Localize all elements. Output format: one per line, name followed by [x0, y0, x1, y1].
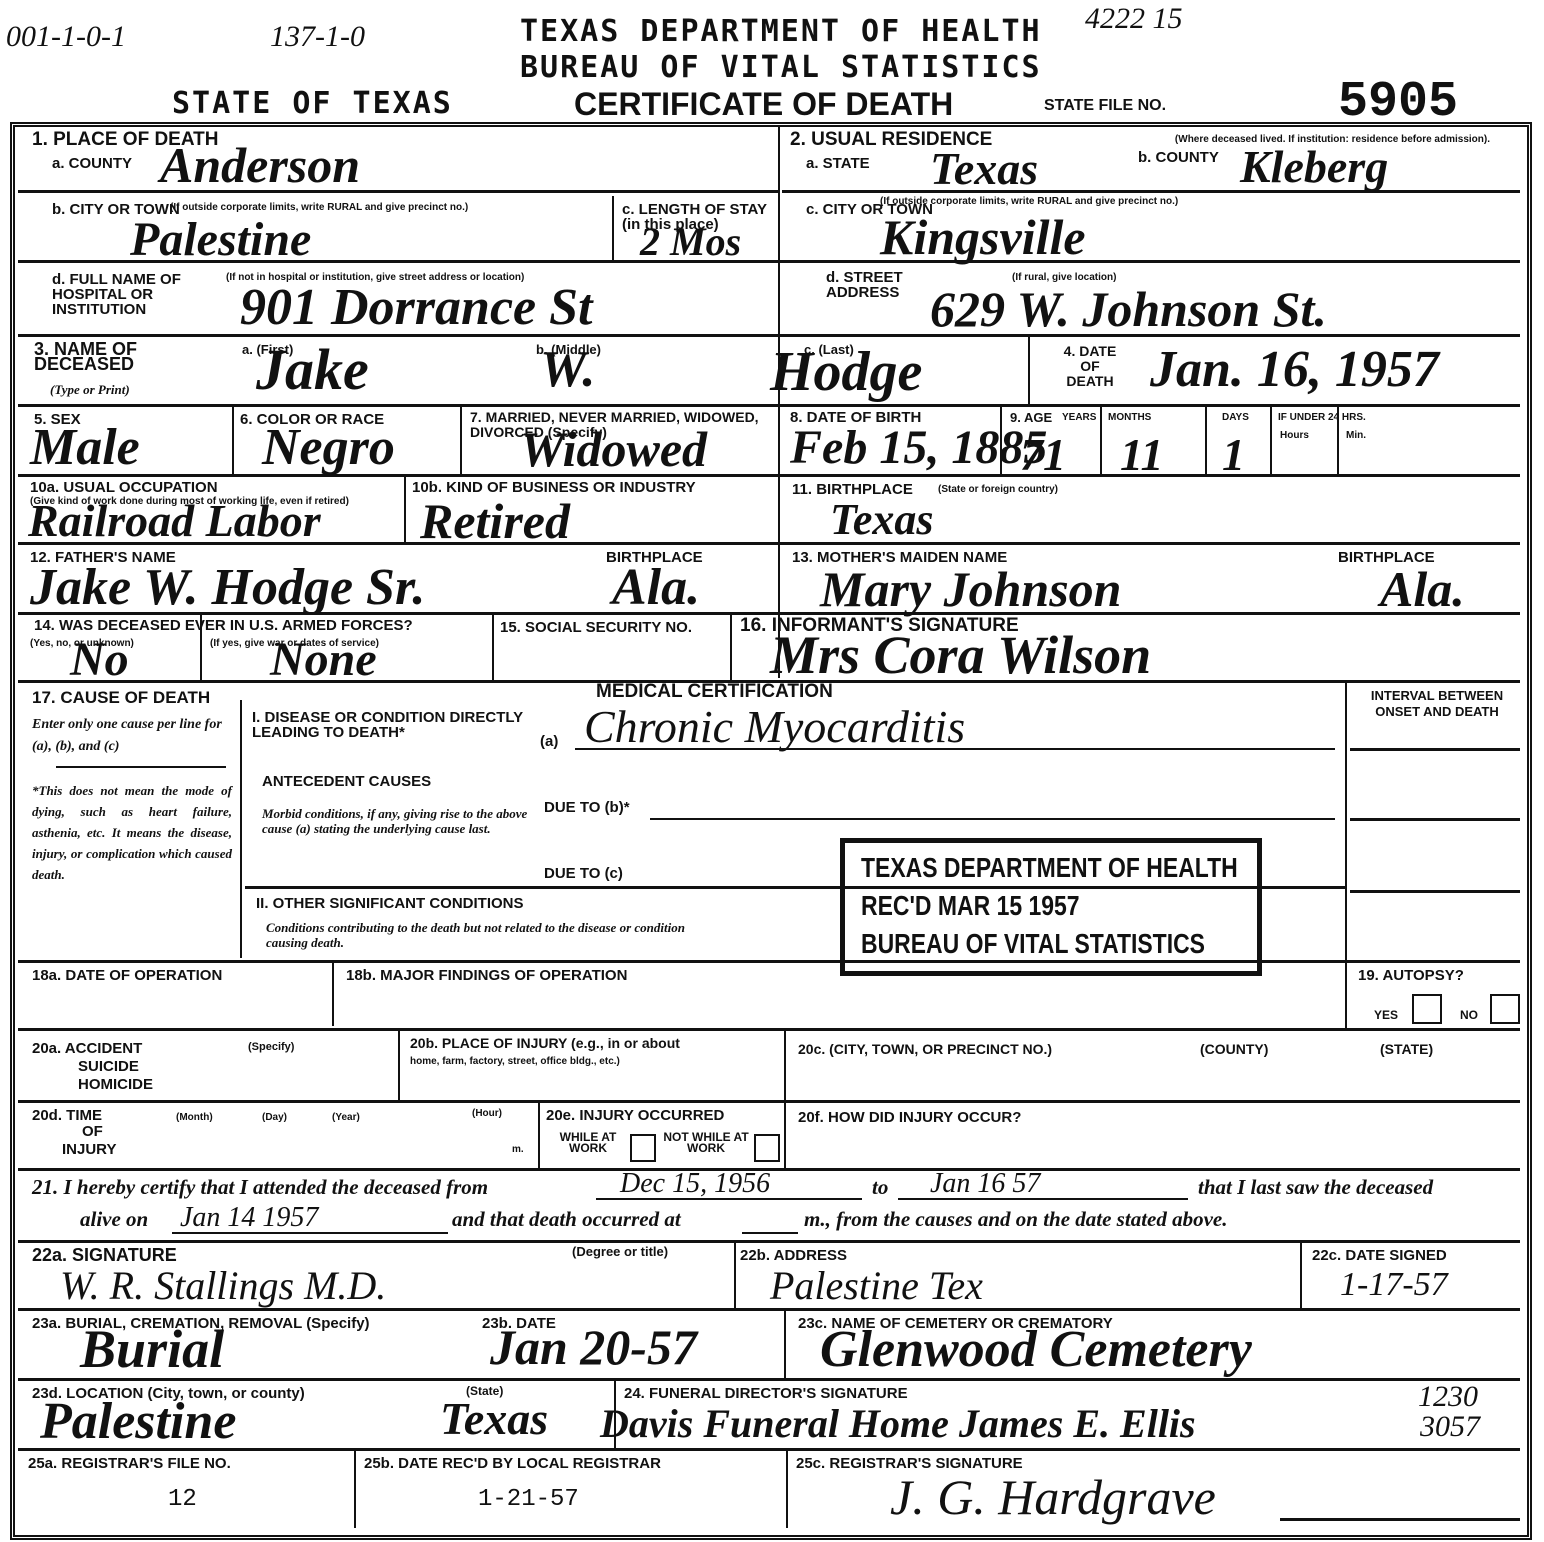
armed-forces-label: 14. WAS DECEASED EVER IN U.S. ARMED FORC…: [34, 618, 413, 633]
divider: [538, 1102, 540, 1168]
antecedent-label: ANTECEDENT CAUSES: [262, 774, 431, 789]
registrar-file-label: 25a. REGISTRAR'S FILE NO.: [28, 1456, 231, 1471]
name-of-deceased-label: 3. NAME OF DECEASED: [34, 342, 194, 372]
burial-date-value[interactable]: Jan 20-57: [490, 1318, 697, 1376]
while-at-work-label: WHILE AT WORK: [550, 1132, 626, 1154]
divider: [730, 614, 732, 680]
stamp-line-2: REC'D MAR 15 1957: [861, 887, 1173, 925]
injury-county-label: (COUNTY): [1200, 1042, 1268, 1057]
divider: [1270, 406, 1272, 474]
age-months-label: MONTHS: [1108, 412, 1151, 423]
cause-a-marker: (a): [540, 734, 558, 749]
rule: [1350, 890, 1520, 893]
to-word: to: [872, 1180, 888, 1195]
time-of-injury-label-2: OF: [82, 1124, 103, 1139]
hospital-value[interactable]: 901 Dorrance St: [240, 278, 592, 337]
funeral-director-label: 24. FUNERAL DIRECTOR'S SIGNATURE: [624, 1386, 908, 1401]
divider: [786, 1450, 788, 1528]
corner-code-3: 4222 15: [1085, 2, 1183, 36]
injury-type-label: 20a. ACCIDENT SUICIDE HOMICIDE: [32, 1040, 153, 1094]
rule: [18, 1028, 1520, 1031]
mother-birthplace-value[interactable]: Ala.: [1380, 560, 1465, 618]
cause-footnote: *This does not mean the mode of dying, s…: [32, 780, 232, 885]
cause-instructions: Enter only one cause per line for (a), (…: [32, 714, 232, 758]
divider: [232, 406, 234, 474]
armed-service-value[interactable]: None: [270, 632, 377, 687]
residence-city-value[interactable]: Kingsville: [880, 208, 1086, 266]
middle-name-value[interactable]: W.: [540, 340, 595, 399]
place-of-injury-label: 20b. PLACE OF INJURY (e.g., in or about: [410, 1036, 680, 1051]
age-years-label: YEARS: [1062, 412, 1096, 423]
marital-status-value[interactable]: Widowed: [520, 420, 707, 478]
autopsy-yes-checkbox[interactable]: [1412, 994, 1442, 1024]
rule: [1280, 1518, 1520, 1521]
certificate-title: CERTIFICATE OF DEATH: [574, 86, 953, 123]
divider: [1100, 406, 1102, 474]
alive-on-value[interactable]: Jan 14 1957: [180, 1202, 318, 1234]
alive-on-word: alive on: [80, 1212, 148, 1227]
rule: [18, 1240, 1520, 1243]
cause-a-value[interactable]: Chronic Myocarditis: [584, 700, 965, 753]
street-value[interactable]: 629 W. Johnson St.: [930, 280, 1327, 338]
cause-of-death-label: 17. CAUSE OF DEATH: [32, 690, 210, 705]
rule: [18, 474, 1520, 477]
signature-label: 22a. SIGNATURE: [32, 1248, 177, 1263]
divider: [1205, 406, 1207, 474]
other-conditions-note: Conditions contributing to the death but…: [266, 920, 686, 950]
autopsy-label: 19. AUTOPSY?: [1358, 968, 1464, 983]
rule: [18, 1100, 1520, 1103]
cemetery-value[interactable]: Glenwood Cemetery: [820, 1320, 1252, 1379]
medical-cert-title: MEDICAL CERTIFICATION: [596, 684, 833, 699]
injury-type-specify: (Specify): [248, 1042, 294, 1053]
registrar-file-value[interactable]: 12: [168, 1486, 197, 1513]
injury-state-label: (STATE): [1380, 1042, 1433, 1057]
divider: [404, 476, 406, 542]
stamp-line-1: TEXAS DEPARTMENT OF HEALTH: [861, 849, 1173, 887]
length-of-stay-value[interactable]: 2 Mos: [640, 218, 741, 265]
residence-state-value[interactable]: Texas: [930, 142, 1038, 195]
residence-county-label: b. COUNTY: [1138, 150, 1219, 165]
rule: [1350, 748, 1520, 751]
divider: [56, 766, 226, 768]
county-label: a. COUNTY: [52, 156, 132, 171]
date-of-death-label: 4. DATE OF DEATH: [1060, 344, 1120, 389]
business-value[interactable]: Retired: [420, 492, 570, 550]
corner-code-2: 137-1-0: [270, 20, 365, 54]
cause-b-line: [650, 818, 1335, 820]
ssn-label: 15. SOCIAL SECURITY NO.: [500, 620, 692, 635]
due-to-b-label: DUE TO (b)*: [544, 800, 630, 815]
time-of-injury-label-1: 20d. TIME: [32, 1108, 102, 1123]
age-months-value[interactable]: 11: [1120, 428, 1163, 481]
date-of-birth-value[interactable]: Feb 15, 1885: [790, 420, 1047, 475]
race-value[interactable]: Negro: [262, 418, 395, 477]
divider: [1345, 682, 1347, 1028]
operation-date-label: 18a. DATE OF OPERATION: [32, 968, 222, 983]
occupation-label: 10a. USUAL OCCUPATION: [30, 480, 218, 495]
death-time-line: [742, 1232, 798, 1234]
injury-day-label: (Day): [262, 1112, 287, 1123]
injury-type-line-1: 20a. ACCIDENT: [32, 1040, 153, 1058]
last-name-value[interactable]: Hodge: [770, 340, 922, 404]
address-label: 22b. ADDRESS: [740, 1248, 847, 1263]
birthplace-note: (State or foreign country): [938, 484, 1058, 495]
rule: [18, 190, 778, 193]
rule: [1350, 818, 1520, 821]
father-birthplace-value[interactable]: Ala.: [612, 558, 700, 617]
attended-from-value[interactable]: Dec 15, 1956: [620, 1168, 770, 1200]
attended-to-value[interactable]: Jan 16 57: [930, 1168, 1040, 1200]
while-at-work-checkbox[interactable]: [630, 1134, 656, 1162]
under-24-label: IF UNDER 24 HRS.: [1278, 412, 1366, 423]
funeral-license-bottom: 3057: [1420, 1410, 1480, 1444]
date-signed-label: 22c. DATE SIGNED: [1312, 1248, 1447, 1263]
local-registrar-date-value[interactable]: 1-21-57: [478, 1486, 579, 1513]
min-label: Min.: [1346, 430, 1366, 441]
antecedent-note: Morbid conditions, if any, giving rise t…: [262, 806, 542, 836]
certify-text-2: that I last saw the deceased: [1198, 1180, 1433, 1195]
armed-forces-value[interactable]: No: [70, 632, 129, 687]
residence-city-note: (If outside corporate limits, write RURA…: [880, 196, 1178, 207]
place-of-injury-note: home, farm, factory, street, office bldg…: [410, 1056, 620, 1067]
certify-text-3: and that death occurred at: [452, 1212, 681, 1227]
divider: [354, 1450, 356, 1528]
occupation-value[interactable]: Railroad Labor: [28, 494, 321, 547]
injury-hour-label: (Hour): [472, 1108, 502, 1119]
due-to-c-label: DUE TO (c): [544, 866, 623, 881]
divider: [612, 196, 614, 260]
injury-type-line-2: SUICIDE: [32, 1058, 153, 1076]
operation-findings-label: 18b. MAJOR FINDINGS OF OPERATION: [346, 968, 627, 983]
agency-line-1: TEXAS DEPARTMENT OF HEALTH: [520, 14, 1042, 49]
divider: [492, 614, 494, 680]
death-city-value[interactable]: Palestine: [130, 212, 311, 267]
burial-location-value[interactable]: Palestine: [40, 1392, 236, 1451]
physician-signature[interactable]: W. R. Stallings M.D.: [60, 1262, 386, 1309]
divider: [332, 962, 334, 1026]
injury-m-label: m.: [512, 1144, 524, 1155]
funeral-license-top: 1230: [1418, 1380, 1478, 1414]
time-of-injury-label-3: INJURY: [62, 1142, 116, 1157]
date-signed-value[interactable]: 1-17-57: [1340, 1266, 1448, 1304]
first-name-value[interactable]: Jake: [256, 336, 369, 403]
age-days-value[interactable]: 1: [1222, 428, 1245, 481]
how-injury-label: 20f. HOW DID INJURY OCCUR?: [798, 1110, 1021, 1125]
hours-label: Hours: [1280, 430, 1309, 441]
degree-label: (Degree or title): [572, 1246, 668, 1257]
street-label: d. STREET ADDRESS: [826, 270, 916, 300]
divider: [784, 1310, 786, 1378]
divider: [398, 1030, 400, 1100]
age-label: 9. AGE: [1010, 410, 1052, 425]
mother-name-value[interactable]: Mary Johnson: [820, 560, 1122, 618]
funeral-director-signature[interactable]: Davis Funeral Home James E. Ellis: [600, 1400, 1196, 1447]
stamp-line-3: BUREAU OF VITAL STATISTICS: [861, 925, 1173, 963]
divider: [1300, 1242, 1302, 1308]
injury-month-label: (Month): [176, 1112, 213, 1123]
age-days-label: DAYS: [1222, 412, 1249, 423]
disease-label: I. DISEASE OR CONDITION DIRECTLY LEADING…: [252, 710, 532, 740]
autopsy-no-checkbox[interactable]: [1490, 994, 1520, 1024]
age-years-value[interactable]: 71: [1020, 428, 1066, 481]
residence-county-value[interactable]: Kleberg: [1240, 140, 1388, 193]
disposition-value[interactable]: Burial: [80, 1318, 224, 1380]
death-county-value[interactable]: Anderson: [160, 136, 360, 194]
sex-value[interactable]: Male: [30, 418, 140, 477]
agency-line-2: BUREAU OF VITAL STATISTICS: [520, 50, 1042, 85]
not-while-at-work-label: NOT WHILE AT WORK: [660, 1132, 752, 1154]
state-title: STATE OF TEXAS: [172, 86, 453, 121]
rule: [18, 1448, 1520, 1451]
other-conditions-label: II. OTHER SIGNIFICANT CONDITIONS: [256, 896, 524, 911]
state-file-label: STATE FILE NO.: [1044, 98, 1166, 113]
divider: [460, 406, 462, 474]
autopsy-no-label: NO: [1460, 1010, 1478, 1021]
divider: [734, 1242, 736, 1308]
injury-type-line-3: HOMICIDE: [32, 1076, 153, 1094]
injury-occurred-label: 20e. INJURY OCCURRED: [546, 1108, 724, 1123]
certify-text-1: 21. I hereby certify that I attended the…: [32, 1180, 488, 1195]
physician-address[interactable]: Palestine Tex: [770, 1262, 983, 1309]
injury-city-label: 20c. (CITY, TOWN, OR PRECINCT NO.): [798, 1042, 1052, 1057]
autopsy-yes-label: YES: [1374, 1010, 1398, 1021]
registrar-signature[interactable]: J. G. Hardgrave: [890, 1468, 1216, 1526]
interval-label: INTERVAL BETWEEN ONSET AND DEATH: [1356, 688, 1518, 720]
type-or-print-note: (Type or Print): [50, 382, 130, 397]
hospital-label: d. FULL NAME OF HOSPITAL OR INSTITUTION: [52, 272, 222, 317]
burial-state-value[interactable]: Texas: [440, 1392, 548, 1445]
divider: [784, 1030, 786, 1168]
divider: [1028, 336, 1030, 404]
rule: [18, 1378, 1520, 1381]
date-of-death-value[interactable]: Jan. 16, 1957: [1150, 340, 1439, 399]
rule: [782, 190, 1520, 193]
not-while-at-work-checkbox[interactable]: [754, 1134, 780, 1162]
rule: [18, 960, 1520, 963]
rule: [18, 404, 1520, 407]
certify-text-4: m., from the causes and on the date stat…: [804, 1212, 1228, 1227]
local-registrar-date-label: 25b. DATE REC'D BY LOCAL REGISTRAR: [364, 1456, 661, 1471]
injury-year-label: (Year): [332, 1112, 360, 1123]
received-stamp: TEXAS DEPARTMENT OF HEALTH REC'D MAR 15 …: [840, 838, 1262, 976]
corner-code-1: 001-1-0-1: [6, 20, 126, 54]
informant-signature[interactable]: Mrs Cora Wilson: [770, 624, 1151, 686]
father-name-value[interactable]: Jake W. Hodge Sr.: [30, 558, 425, 617]
divider: [240, 700, 242, 958]
residence-state-label: a. STATE: [806, 156, 870, 171]
birthplace-value[interactable]: Texas: [830, 494, 934, 545]
